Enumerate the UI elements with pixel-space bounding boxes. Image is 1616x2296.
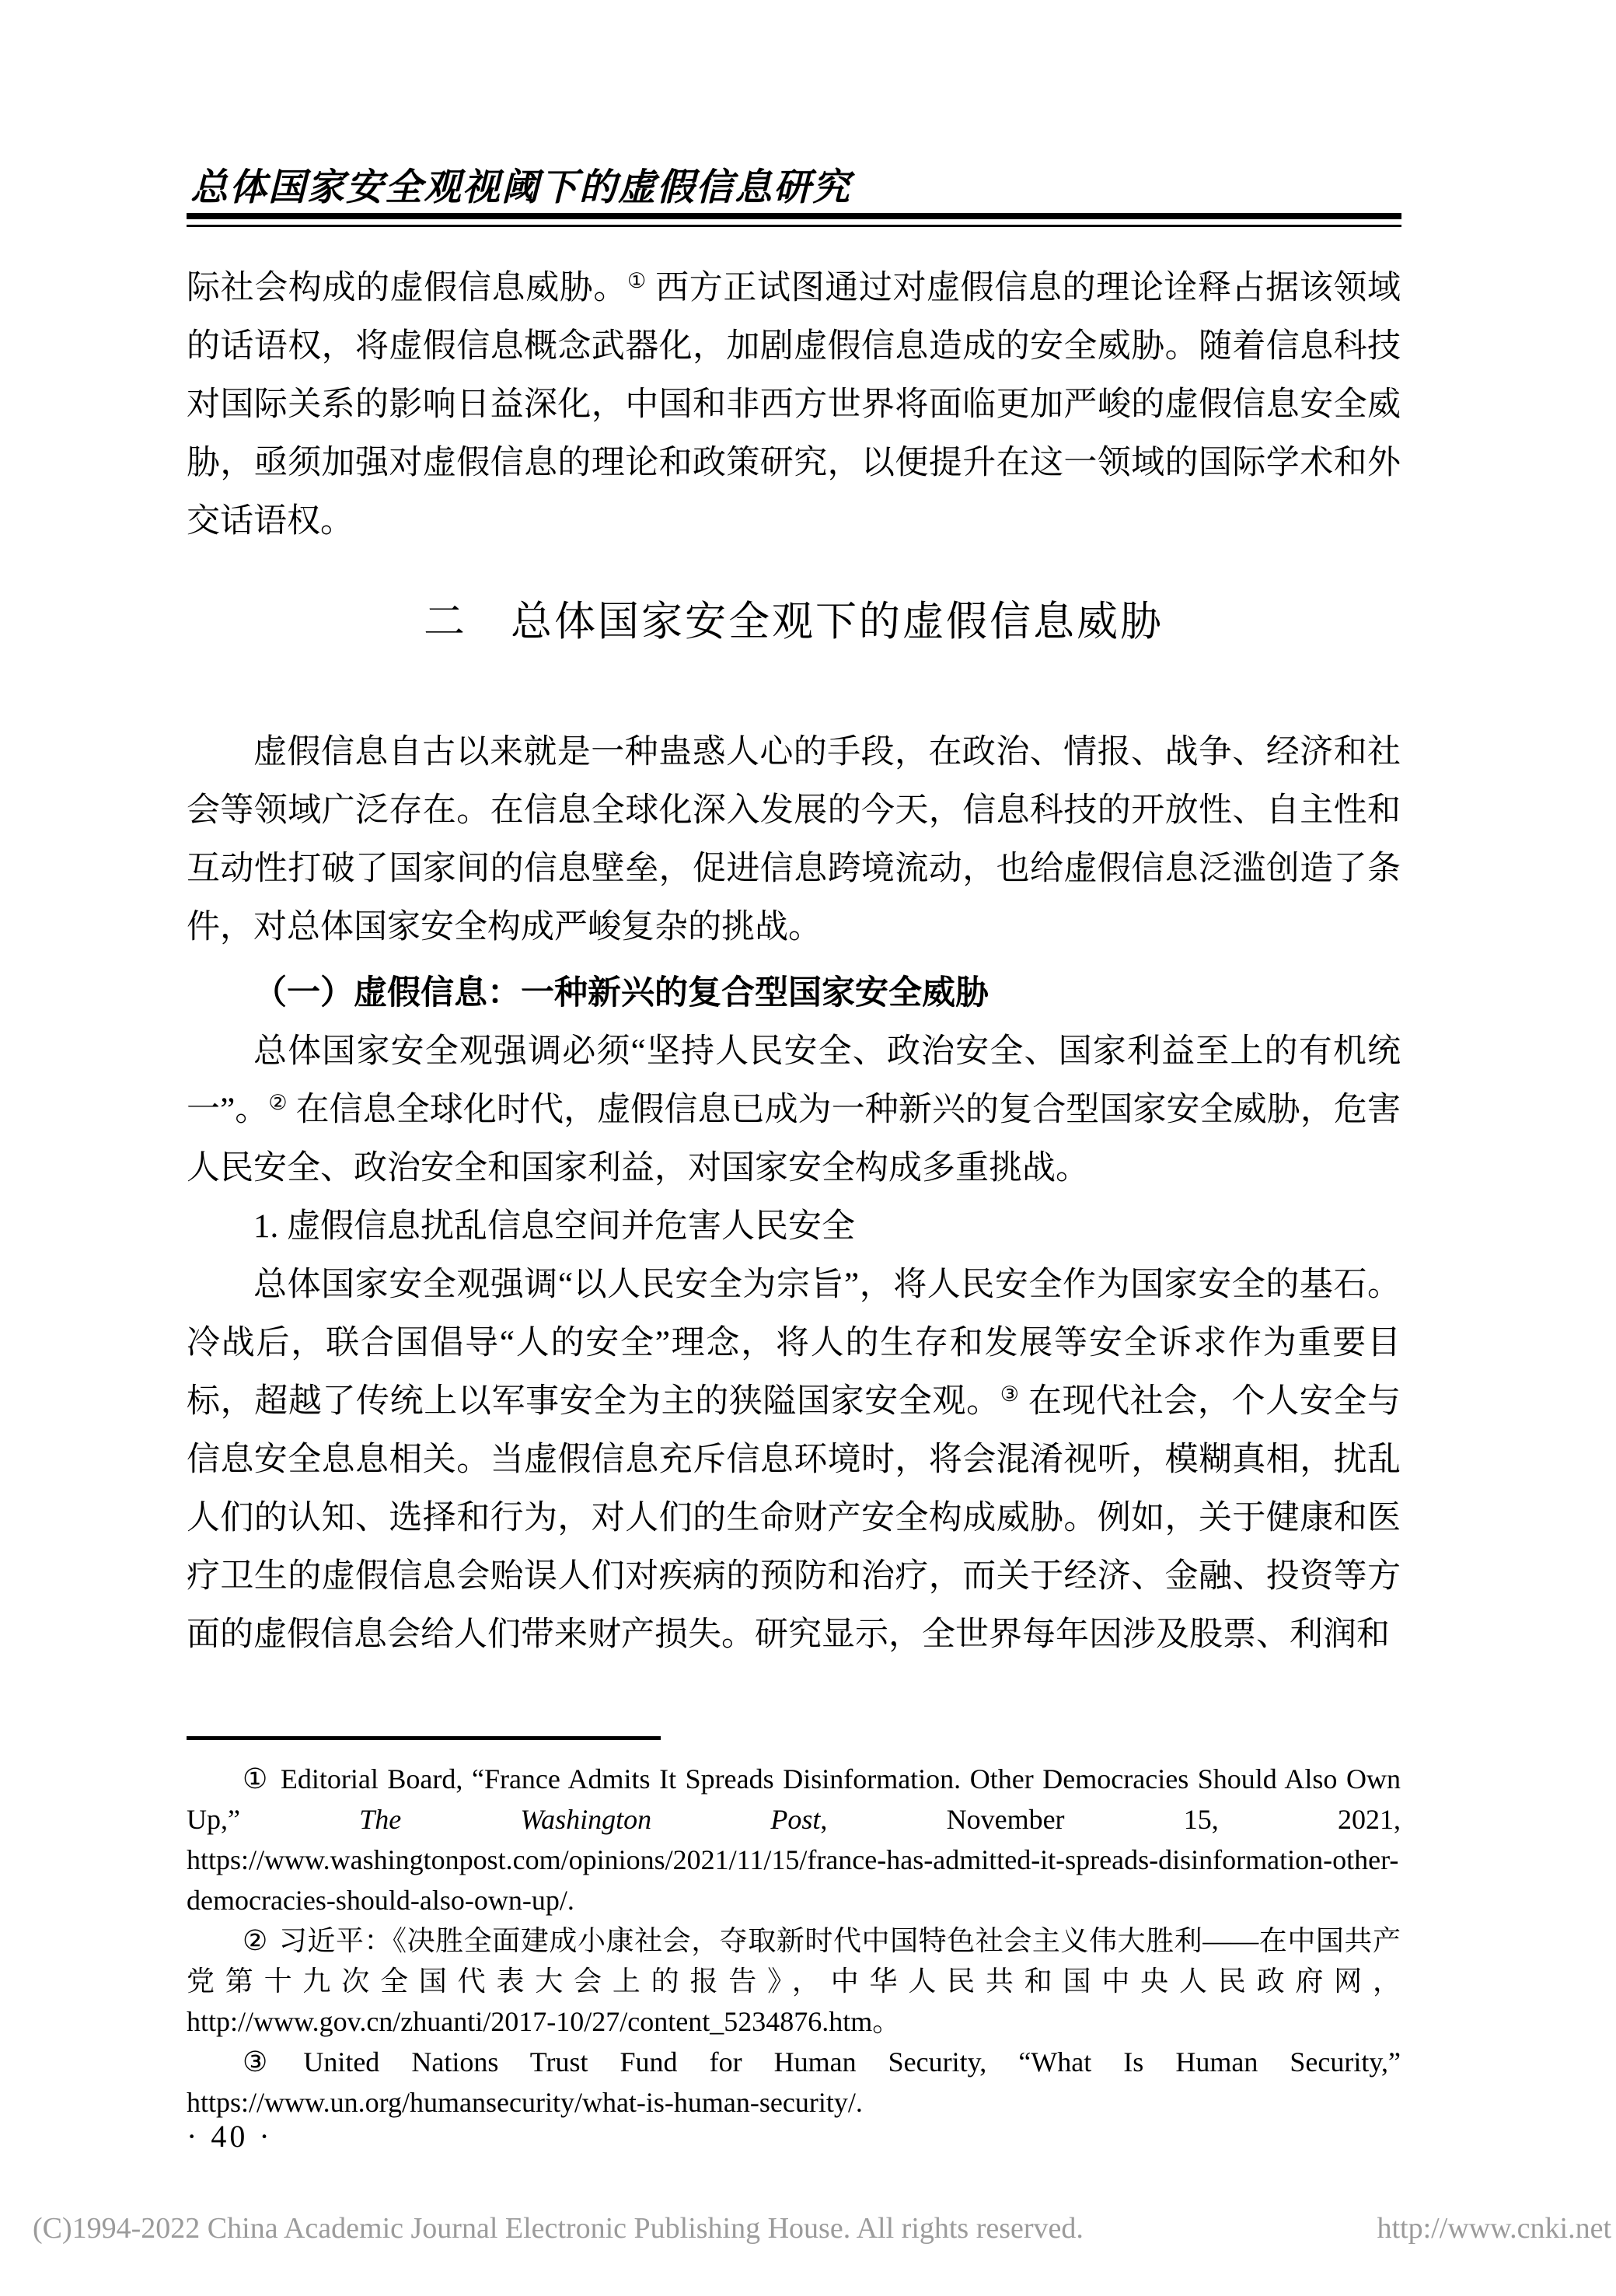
footnote-3-marker: ③ (243, 2046, 292, 2078)
footnote-3: ③United Nations Trust Fund for Human Sec… (187, 2042, 1401, 2123)
watermark-url: http://www.cnki.net (1377, 2210, 1612, 2247)
footnote-1: ①Editorial Board, “France Admits It Spre… (187, 1759, 1401, 1920)
footnote-separator-rule (187, 1736, 661, 1740)
subsection-heading-2: 1. 虚假信息扰乱信息空间并危害人民安全 (187, 1197, 1401, 1256)
paragraph-4-continued: 在现代社会，个人安全与信息安全息息相关。当虚假信息充斥信息环境时，将会混淆视听，… (187, 1383, 1401, 1653)
subsection-heading-1: （一）虚假信息：一种新兴的复合型国家安全威胁 (187, 964, 1401, 1022)
footnote-2-marker: ② (243, 1925, 268, 1956)
footnote-ref-2: ② (268, 1091, 287, 1114)
footnotes-section: ①Editorial Board, “France Admits It Spre… (187, 1736, 1401, 2123)
paper-page: 总体国家安全观视阈下的虚假信息研究 际社会构成的虚假信息威胁。① 西方正试图通过… (0, 0, 1616, 2296)
watermark-copyright: (C)1994-2022 China Academic Journal Elec… (33, 2210, 1084, 2247)
footnote-3-text: United Nations Trust Fund for Human Secu… (187, 2046, 1401, 2118)
body-column: 际社会构成的虚假信息威胁。① 西方正试图通过对虚假信息的理论诠释占据该领域的话语… (187, 259, 1401, 1664)
footnote-ref-3: ③ (1000, 1382, 1020, 1406)
footnote-1-source-title: The Washington Post (359, 1804, 820, 1835)
paragraph-1: 际社会构成的虚假信息威胁。① 西方正试图通过对虚假信息的理论诠释占据该领域的话语… (187, 259, 1401, 550)
running-title: 总体国家安全观视阈下的虚假信息研究 (190, 165, 851, 211)
footnote-1-marker: ① (243, 1763, 270, 1795)
paragraph-3: 总体国家安全观强调必须“坚持人民安全、政治安全、国家利益至上的有机统一”。② 在… (187, 1022, 1401, 1197)
paragraph-1-continued: 西方正试图通过对虚假信息的理论诠释占据该领域的话语权，将虚假信息概念武器化，加剧… (187, 270, 1401, 540)
page-number: · 40 · (187, 2116, 273, 2157)
paragraph-4: 总体国家安全观强调“以人民安全为宗旨”，将人民安全作为国家安全的基石。冷战后，联… (187, 1256, 1401, 1664)
cnki-watermark: (C)1994-2022 China Academic Journal Elec… (33, 2210, 1611, 2247)
header-rule-thick (187, 213, 1401, 219)
footnote-2: ②习近平：《决胜全面建成小康社会，夺取新时代中国特色社会主义伟大胜利——在中国共… (187, 1920, 1401, 2042)
section-heading: 二 总体国家安全观下的虚假信息威胁 (187, 593, 1401, 652)
footnote-2-text: 习近平：《决胜全面建成小康社会，夺取新时代中国特色社会主义伟大胜利——在中国共产… (187, 1925, 1401, 2037)
paragraph-3-continued: 在信息全球化时代，虚假信息已成为一种新兴的复合型国家安全威胁，危害人民安全、政治… (187, 1092, 1401, 1186)
header-rule-thin (187, 225, 1401, 227)
paragraph-1-text: 际社会构成的虚假信息威胁。 (187, 270, 627, 306)
footnote-ref-1: ① (627, 269, 647, 292)
paragraph-2: 虚假信息自古以来就是一种蛊惑人心的手段，在政治、情报、战争、经济和社会等领域广泛… (187, 723, 1401, 956)
